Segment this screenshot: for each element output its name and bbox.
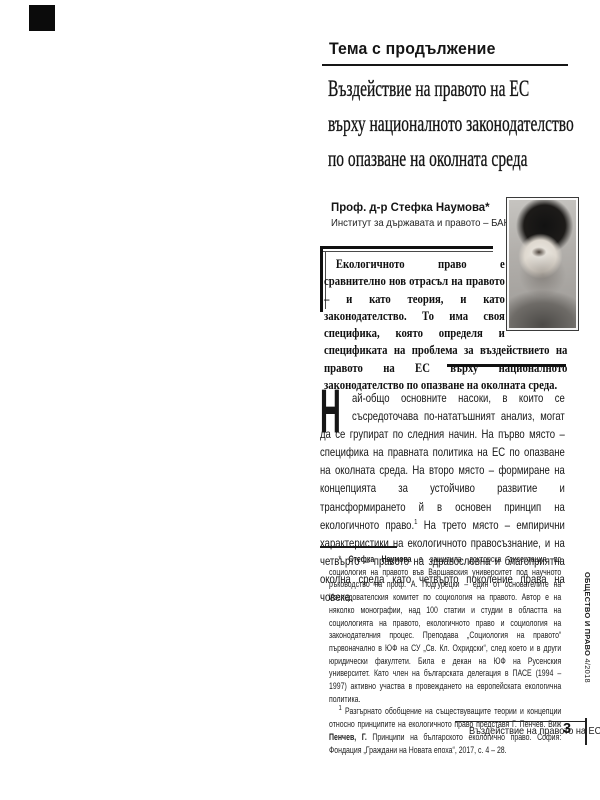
article-title-line-1: Въздействие на правото на ЕС: [328, 72, 574, 107]
journal-spine: ОБЩЕСТВО И ПРАВО 4/2018: [583, 572, 592, 683]
abstract-box-rule-top-inner: [320, 251, 493, 252]
abstract-box-rule-left: [320, 246, 323, 312]
body-text-run-1: ай-общо основните насоки, в които се със…: [320, 391, 565, 532]
abstract-box-rule-top: [320, 246, 493, 249]
header-rule: [322, 64, 568, 66]
section-header: Тема с продължение: [329, 39, 496, 59]
page-number: 3: [563, 721, 571, 737]
abstract-box-rule-bottom: [447, 364, 566, 367]
footnote-separator-rule: [320, 546, 397, 548]
article-title-line-3: по опазване на околната среда: [328, 142, 574, 177]
reference-footnote-cite: Пенчев, Г.: [329, 732, 367, 742]
scan-registration-mark: [29, 5, 55, 31]
journal-name: ОБЩЕСТВО И ПРАВО: [583, 572, 592, 656]
journal-issue: 4/2018: [583, 656, 592, 683]
abstract-paragraph: Екологичното право е сравнително нов отр…: [324, 256, 567, 394]
footer-tick-rule: [585, 718, 587, 745]
photo-wrap-spacer: [505, 256, 568, 330]
author-footnote-name: Стефка Наумова: [349, 554, 412, 564]
author-name: Проф. д-р Стефка Наумова*: [331, 200, 490, 214]
author-footnote: * Стефка Наумова е защитила докторска ди…: [329, 553, 561, 705]
article-title: Въздействие на правото на ЕС върху нацио…: [328, 72, 574, 177]
author-affiliation: Институт за държавата и правото – БАН: [331, 218, 510, 229]
article-title-line-2: върху националното законодателство: [328, 107, 574, 142]
drop-cap: Н: [320, 389, 352, 424]
author-footnote-marker: *: [338, 554, 348, 564]
running-title: Въздействие на правото на ЕС...: [469, 726, 600, 737]
author-footnote-text: е защитила докторска дисертация по социо…: [329, 554, 561, 704]
